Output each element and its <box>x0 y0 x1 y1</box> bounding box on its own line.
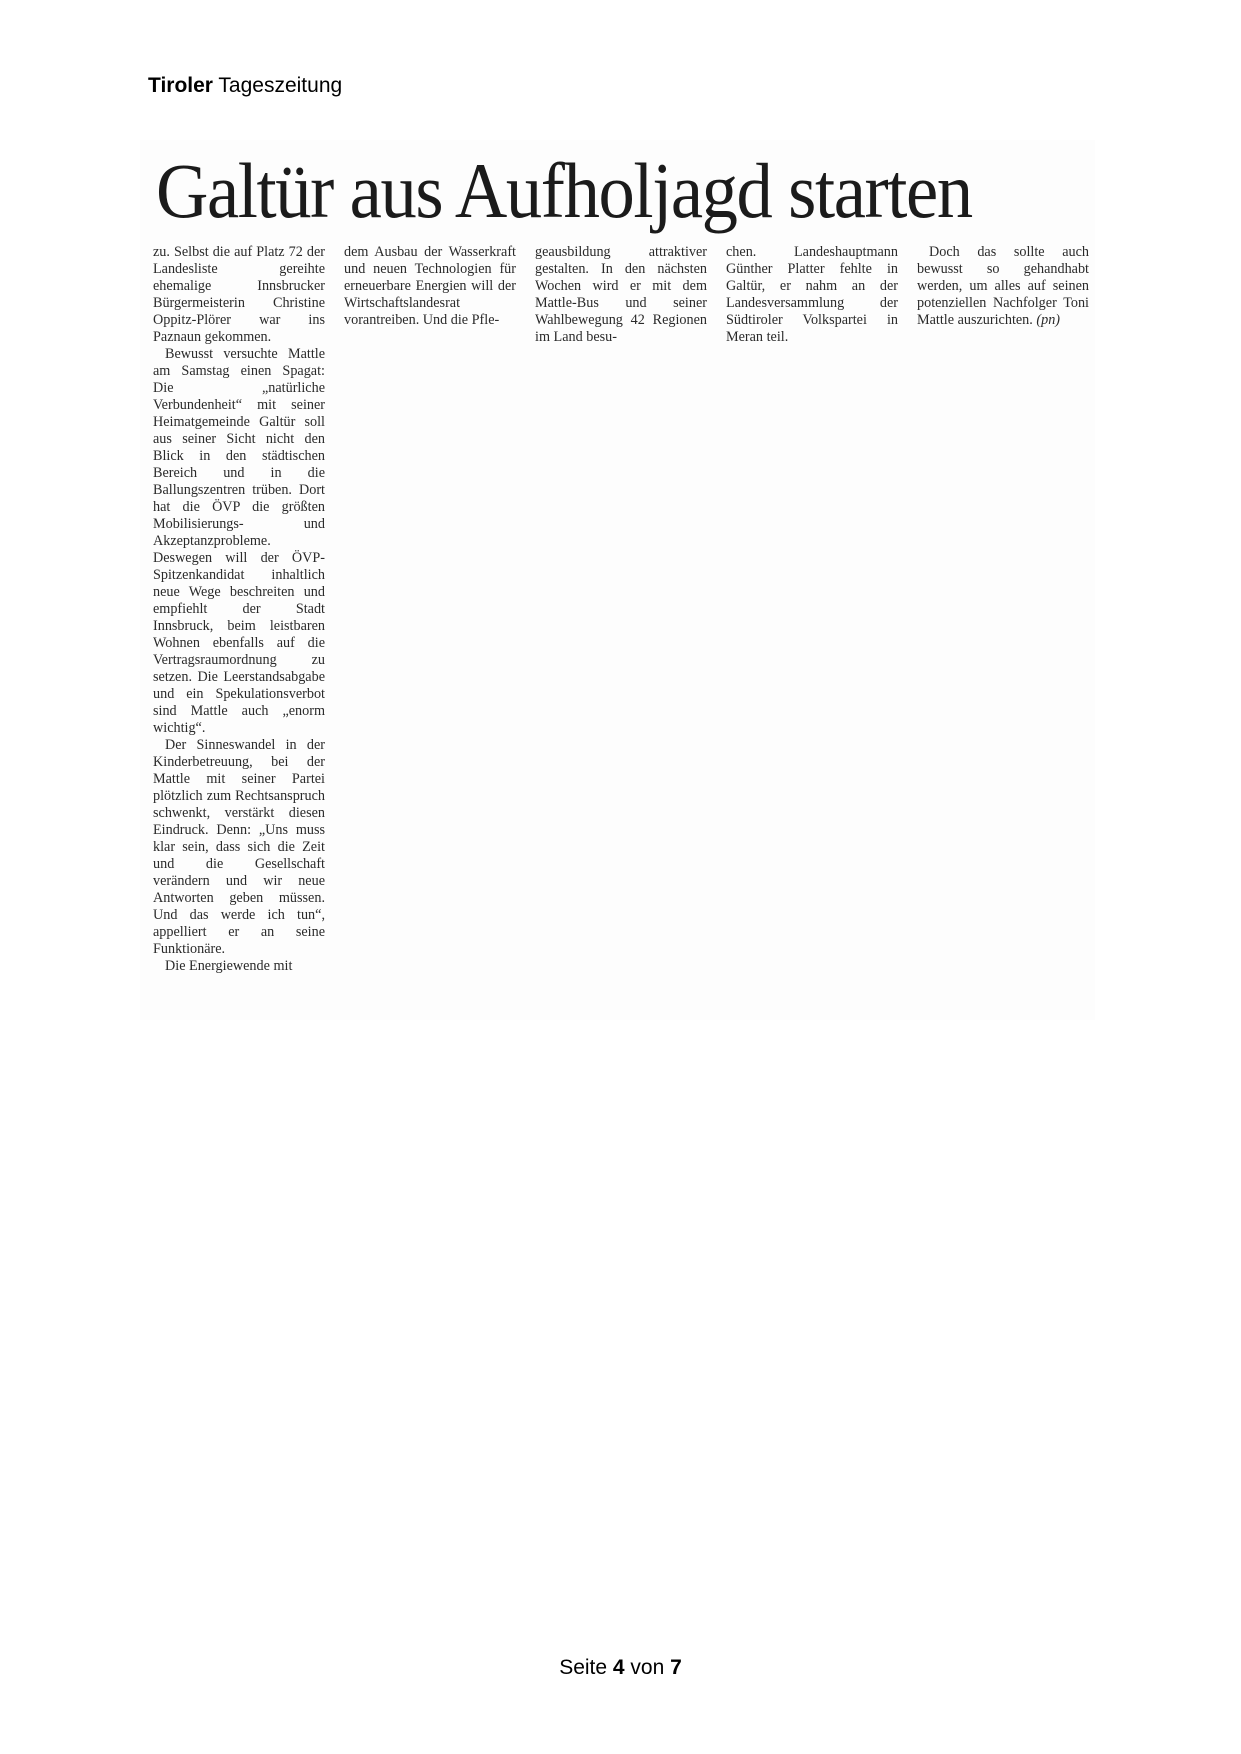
paragraph: Der Sinneswandel in der Kinderbetreuung,… <box>153 737 325 958</box>
author-signature: (pn) <box>1036 312 1060 328</box>
paragraph: Doch das sollte auch bewusst so gehandha… <box>917 244 1089 329</box>
article-column-1: zu. Selbst die auf Platz 72 der Landesli… <box>153 244 325 975</box>
paragraph: zu. Selbst die auf Platz 72 der Landesli… <box>153 244 325 346</box>
page-prefix: Seite <box>559 1656 613 1679</box>
paragraph-text: Doch das sollte auch bewusst so gehandha… <box>917 244 1089 328</box>
paragraph: geausbildung attraktiver gestalten. In d… <box>535 244 707 346</box>
page-footer: Seite 4 von 7 <box>0 1656 1241 1680</box>
page-mid: von <box>625 1656 671 1679</box>
article-column-4: chen. Landeshauptmann Günther Platter fe… <box>726 244 898 346</box>
brand-bold: Tiroler <box>148 74 213 97</box>
page-total: 7 <box>670 1656 682 1679</box>
article-column-3: geausbildung attraktiver gestalten. In d… <box>535 244 707 346</box>
brand-regular: Tageszeitung <box>213 74 342 97</box>
paragraph: Die Energiewende mit <box>153 958 325 975</box>
paragraph: dem Ausbau der Wasserkraft und neuen Tec… <box>344 244 516 329</box>
article-column-2: dem Ausbau der Wasserkraft und neuen Tec… <box>344 244 516 329</box>
page-current: 4 <box>613 1656 625 1679</box>
article-headline: Galtür aus Aufholjagd starten <box>156 146 972 236</box>
article-column-5: Doch das sollte auch bewusst so gehandha… <box>917 244 1089 329</box>
paragraph: Bewusst versuchte Mattle am Samstag eine… <box>153 346 325 737</box>
publication-brand: Tiroler Tageszeitung <box>148 74 342 98</box>
paragraph: chen. Landeshauptmann Günther Platter fe… <box>726 244 898 346</box>
